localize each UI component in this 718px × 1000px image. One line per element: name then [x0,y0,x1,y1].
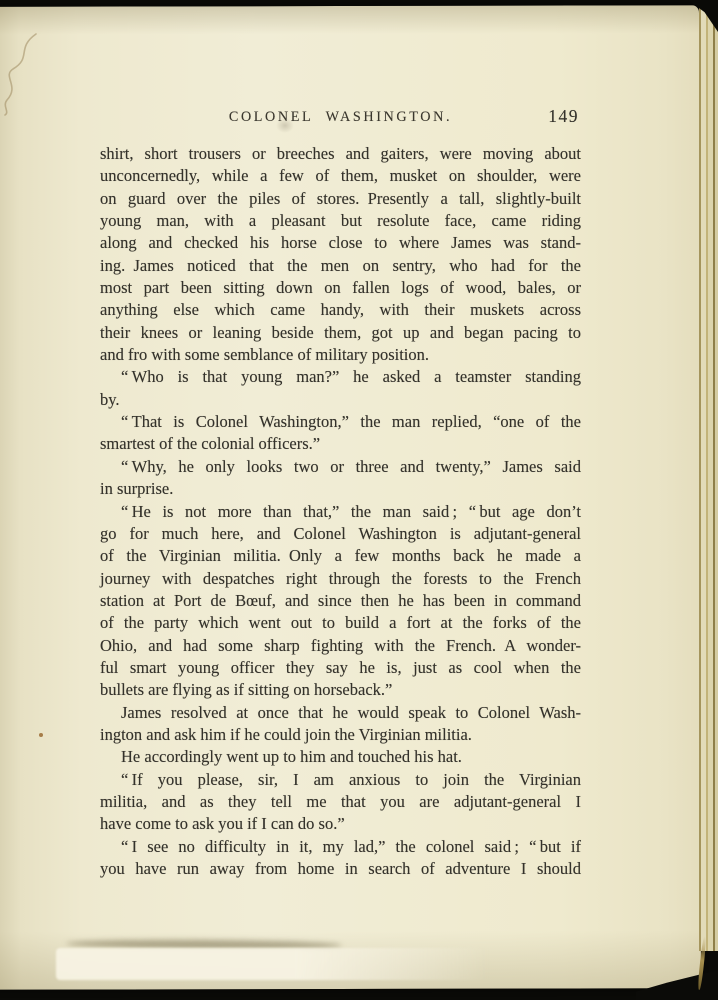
text-line: bullets are flying as if sitting on hors… [100,679,581,701]
text-line: ington and ask him if he could join the … [100,724,581,746]
foxing-speck [39,733,43,737]
text-line: on guard over the piles of stores. Prese… [100,188,581,210]
text-line: and fro with some semblance of military … [100,344,581,366]
text-line: most part been sitting down on fallen lo… [100,277,581,299]
text-line: James resolved at once that he would spe… [100,702,581,724]
text-line: you have run away from home in search of… [100,858,581,880]
book-fore-edge [699,3,718,951]
text-line: journey with despatches right through th… [100,568,581,590]
book-page-scan: COLONEL WASHINGTON. 149 shirt, short tro… [0,0,718,1000]
text-line: go for much here, and Colonel Washington… [100,523,581,545]
text-line: anything else which came handy, with the… [100,299,581,321]
text-line: He accordingly went up to him and touche… [100,746,581,768]
text-line: “ I see no difficulty in it, my lad,” th… [100,836,581,858]
text-line: station at Port de Bœuf, and since then … [100,590,581,612]
text-line: in surprise. [100,478,581,500]
text-line: “ He is not more than that,” the man sai… [100,501,581,523]
running-title: COLONEL WASHINGTON. [100,109,581,126]
text-line: have come to ask you if I can do so.” [100,813,581,835]
text-line: of the Virginian militia. Only a few mon… [100,545,581,567]
text-line: shirt, short trousers or breeches and ga… [100,143,581,165]
page-header: COLONEL WASHINGTON. 149 [100,106,581,128]
text-line: “ Who is that young man?” he asked a tea… [100,366,581,388]
text-line: unconcernedly, while a few of them, musk… [100,165,581,187]
text-line: along and checked his horse close to whe… [100,232,581,254]
text-line: ful smart young officer they say he is, … [100,657,581,679]
text-line: Ohio, and had some sharp fighting with t… [100,635,581,657]
page-number: 149 [548,106,579,127]
text-line: militia, and as they tell me that you ar… [100,791,581,813]
text-line: of the party which went out to build a f… [100,612,581,634]
text-line: “ If you please, sir, I am anxious to jo… [100,769,581,791]
text-line: smartest of the colonial officers.” [100,433,581,455]
text-line: ing. James noticed that the men on sentr… [100,255,581,277]
text-line: “ That is Colonel Washington,” the man r… [100,411,581,433]
text-line: their knees or leaning beside them, got … [100,322,581,344]
text-line: by. [100,389,581,411]
pencil-mark [0,32,46,116]
page-curl-highlight [56,948,516,980]
text-line: young man, with a pleasant but resolute … [100,210,581,232]
text-line: “ Why, he only looks two or three and tw… [100,456,581,478]
text-block: shirt, short trousers or breeches and ga… [100,143,581,880]
